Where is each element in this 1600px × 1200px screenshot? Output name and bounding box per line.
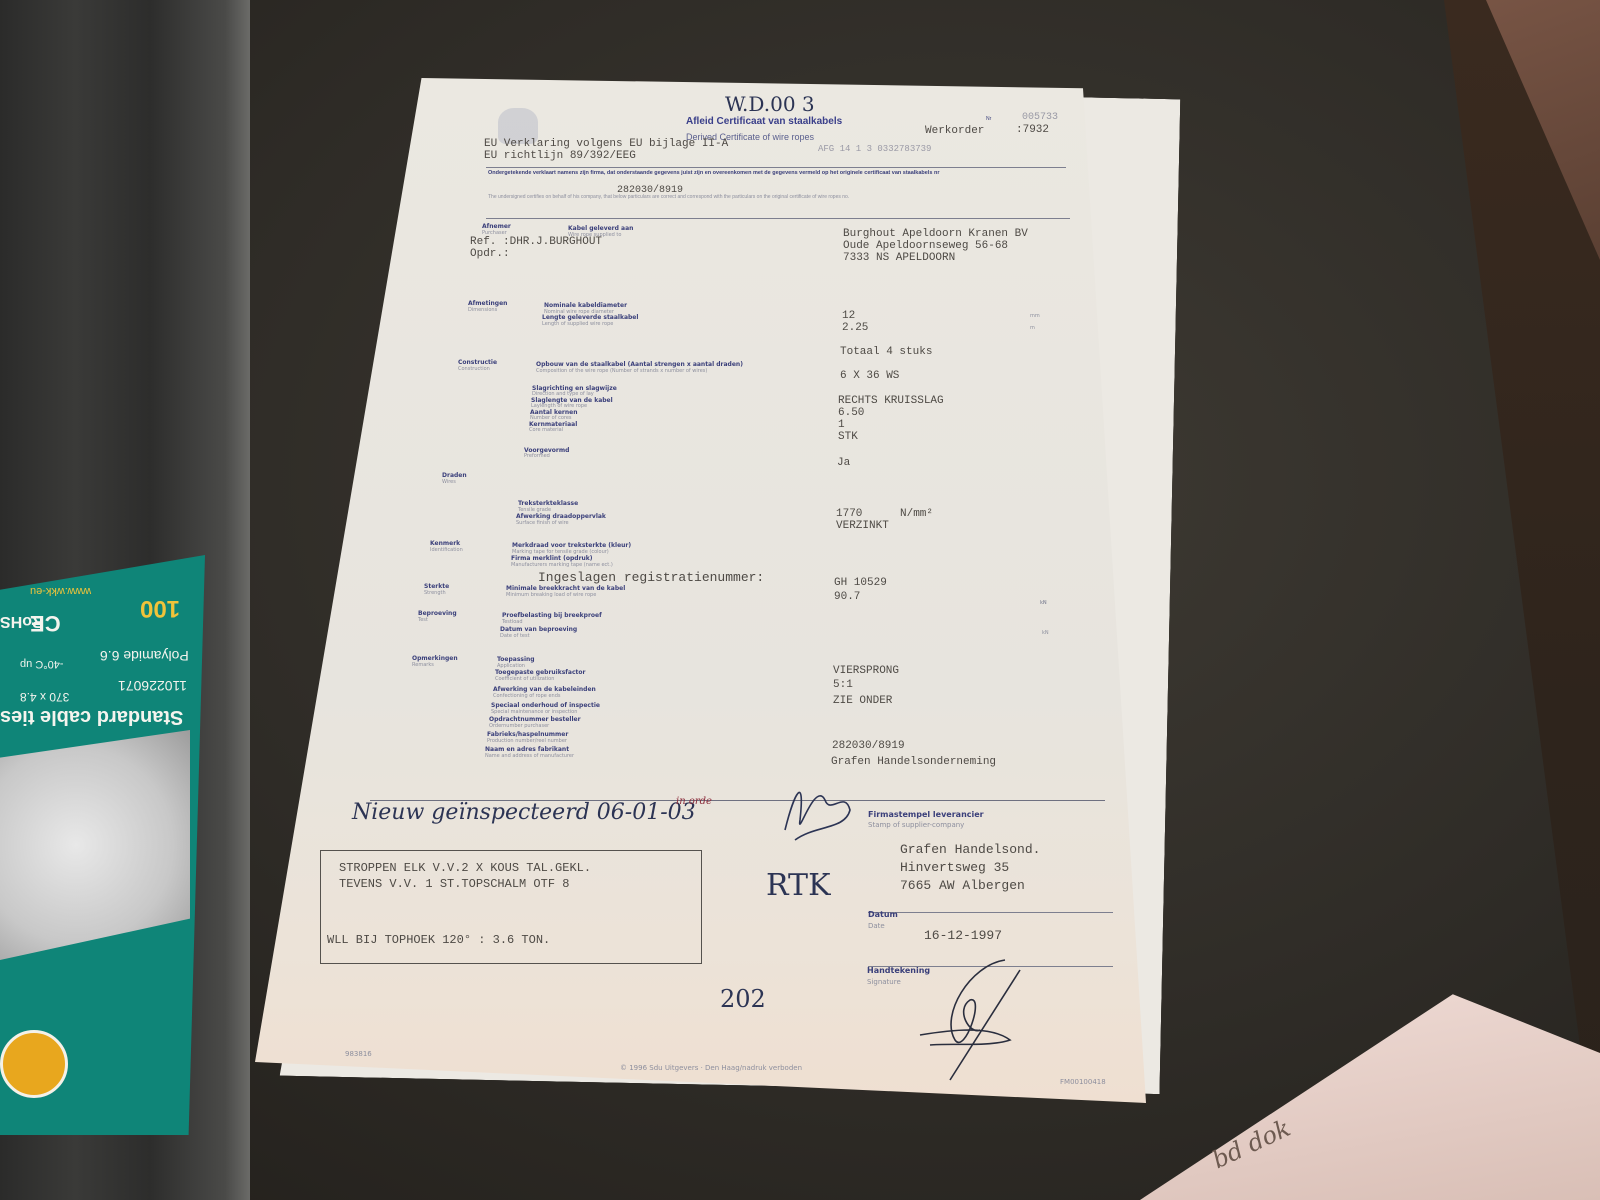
handwritten-number: 202 [720, 985, 766, 1013]
eu-declaration-line1: EU Verklaring volgens EU bijlage II-A [484, 138, 728, 150]
value-tensile: 1770 [836, 508, 862, 520]
reference: Ref. :DHR.J.BURGHOUT [470, 236, 602, 248]
date-sub: Date [868, 922, 885, 930]
value-surface: VERZINKT [836, 520, 889, 532]
field-label: Minimale breekkracht van de kabel [506, 585, 625, 592]
field-label: Firma merklint (opdruk) [511, 555, 593, 562]
field-label: Merkdraad voor treksterkte (kleur) [512, 542, 631, 549]
unit-n-mm2: N/mm² [900, 508, 933, 520]
werkorder-label: Werkorder [925, 125, 984, 137]
section-draden: Draden [442, 472, 467, 479]
box-line2: TEVENS V.V. 1 ST.TOPSCHALM OTF 8 [339, 877, 569, 891]
geleverd-label: Kabel geleverd aan [568, 225, 633, 232]
field-label: Proefbelasting bij breekproef [502, 612, 602, 619]
field-sub: Manufacturers marking tape (name ect.) [511, 562, 613, 568]
value-preformed: Ja [837, 457, 850, 469]
field-sub: Special maintenance or inspection [491, 709, 577, 715]
unit-kn: kN [1040, 600, 1047, 606]
nr-label: Nr [986, 116, 991, 122]
section-constructie-en: Construction [458, 366, 490, 372]
section-kenmerk-en: Identification [430, 547, 463, 553]
value-lay: RECHTS KRUISSLAG [838, 395, 944, 407]
value-cores: 1 [838, 419, 845, 431]
value-application: VIERSPRONG [833, 665, 899, 677]
value-laylength: 6.50 [838, 407, 864, 419]
value-breaking-load: 90.7 [834, 591, 860, 603]
field-label: Opdrachtnummer besteller [489, 716, 581, 723]
registration-label: Ingeslagen registratienummer: [538, 570, 764, 585]
box-line1: STROPPEN ELK V.V.2 X KOUS TAL.GEKL. [339, 861, 591, 875]
handwritten-inspection-note: Nieuw geïnspecteerd 06-01-03 [352, 800, 696, 825]
field-sub: Preformed [524, 453, 550, 459]
field-sub: Testload [502, 619, 523, 625]
section-beproeving: Beproeving [418, 610, 457, 617]
value-production-number: 282030/8919 [832, 740, 905, 752]
section-beproeving-en: Test [418, 617, 428, 623]
field-label: Speciaal onderhoud of inspectie [491, 702, 600, 709]
value-coefficient: 5:1 [833, 679, 853, 691]
field-sub: Name and address of manufacturer [485, 753, 574, 759]
customer-line3: 7333 NS APELDOORN [843, 252, 955, 264]
unit-m: m [1030, 325, 1035, 331]
value-length: 2.25 [842, 322, 868, 334]
value-core-material: STK [838, 431, 858, 443]
supplier-line1: Grafen Handelsond. [900, 842, 1040, 857]
box-line3: WLL BIJ TOPHOEK 120° : 3.6 TON. [327, 933, 550, 947]
value-confectioning: ZIE ONDER [833, 695, 892, 707]
divider [486, 218, 1070, 219]
footer-form-number: 983816 [345, 1050, 372, 1058]
divider [868, 912, 1113, 913]
title-nl: Afleid Certificaat van staalkabels [686, 116, 842, 127]
field-label: Datum van beproeving [500, 626, 577, 633]
value-composition: 6 X 36 WS [840, 370, 899, 382]
field-label: Treksterkteklasse [518, 500, 578, 507]
declaration-nl: Ondergetekende verklaart namens zijn fir… [488, 170, 1066, 177]
footer-code: FM00100418 [1060, 1078, 1106, 1086]
section-draden-en: Wires [442, 479, 456, 485]
field-label: Toegepaste gebruiksfactor [495, 669, 585, 676]
field-sub: Date of test [500, 633, 530, 639]
field-label: Nominale kabeldiameter [544, 302, 627, 309]
section-sterkte-en: Strength [424, 590, 446, 596]
eu-declaration-line2: EU richtlijn 89/392/EEG [484, 150, 636, 162]
field-label: Lengte geleverde staalkabel [542, 314, 638, 321]
declaration-en: The undersigned certifies on behalf of h… [488, 194, 1066, 200]
stamp-ghost: AFG 14 1 3 0332783739 [818, 144, 931, 154]
field-label: Afwerking van de kabeleinden [493, 686, 596, 693]
field-sub: Minimum breaking load of wire rope [506, 592, 596, 598]
field-sub: Coefficient of utilization [495, 676, 554, 682]
field-sub: Length of supplied wire rope [542, 321, 613, 327]
unit-mm: mm [1030, 313, 1040, 319]
field-label: Opbouw van de staalkabel (Aantal strenge… [536, 361, 743, 368]
registration-number: GH 10529 [834, 577, 887, 589]
value-diameter: 12 [842, 310, 855, 322]
nr-value: 005733 [1022, 112, 1058, 123]
field-label: Naam en adres fabrikant [485, 746, 569, 753]
certificate-date: 16-12-1997 [924, 928, 1002, 943]
supplier-line3: 7665 AW Albergen [900, 878, 1025, 893]
field-sub: Production number/reel number [487, 738, 567, 744]
unit-kn: kN [1042, 630, 1049, 636]
footer-copyright: © 1996 Sdu Uitgevers · Den Haag/nadruk v… [620, 1064, 802, 1072]
section-afmetingen: Afmetingen [468, 300, 507, 307]
opdracht: Opdr.: [470, 248, 510, 260]
section-sterkte: Sterkte [424, 583, 449, 590]
section-opmerkingen-en: Remarks [412, 662, 434, 668]
field-sub: Ordernumber purchaser [489, 723, 549, 729]
field-label: Fabrieks/haspelnummer [487, 731, 568, 738]
field-sub: Confectioning of rope ends [493, 693, 560, 699]
handwritten-rtk: RTK [766, 868, 830, 903]
inspector-signature-icon [775, 770, 860, 850]
handwritten-in-orde: in orde [676, 796, 712, 807]
section-opmerkingen: Opmerkingen [412, 655, 458, 662]
customer-line1: Burghout Apeldoorn Kranen BV [843, 228, 1028, 240]
werkorder-value: :7932 [1016, 124, 1049, 136]
divider [486, 167, 1066, 168]
stamp-label: Firmastempel leverancier [868, 810, 984, 819]
signature-sub: Signature [867, 978, 901, 986]
section-constructie: Constructie [458, 359, 497, 366]
remarks-box: STROPPEN ELK V.V.2 X KOUS TAL.GEKL. TEVE… [320, 850, 702, 964]
section-afmetingen-en: Dimensions [468, 307, 497, 313]
handwritten-wd-number: W.D.00 3 [725, 92, 815, 116]
field-sub: Core material [529, 427, 563, 433]
field-label: Toepassing [497, 656, 535, 663]
afnemer-label: Afnemer [482, 223, 511, 230]
value-manufacturer: Grafen Handelsonderneming [831, 756, 996, 768]
field-sub: Composition of the wire rope (Number of … [536, 368, 707, 374]
date-label: Datum [868, 910, 898, 919]
certificate-document: W.D.00 3 Afleid Certificaat van staalkab… [0, 0, 1600, 1200]
field-sub: Surface finish of wire [516, 520, 569, 526]
customer-line2: Oude Apeldoornseweg 56-68 [843, 240, 1008, 252]
supplier-signature-icon [910, 955, 1040, 1085]
total-pieces: Totaal 4 stuks [840, 346, 932, 358]
supplier-line2: Hinvertsweg 35 [900, 860, 1009, 875]
field-label: Afwerking draadoppervlak [516, 513, 606, 520]
section-kenmerk: Kenmerk [430, 540, 460, 547]
stamp-sub: Stamp of supplier-company [868, 821, 964, 829]
